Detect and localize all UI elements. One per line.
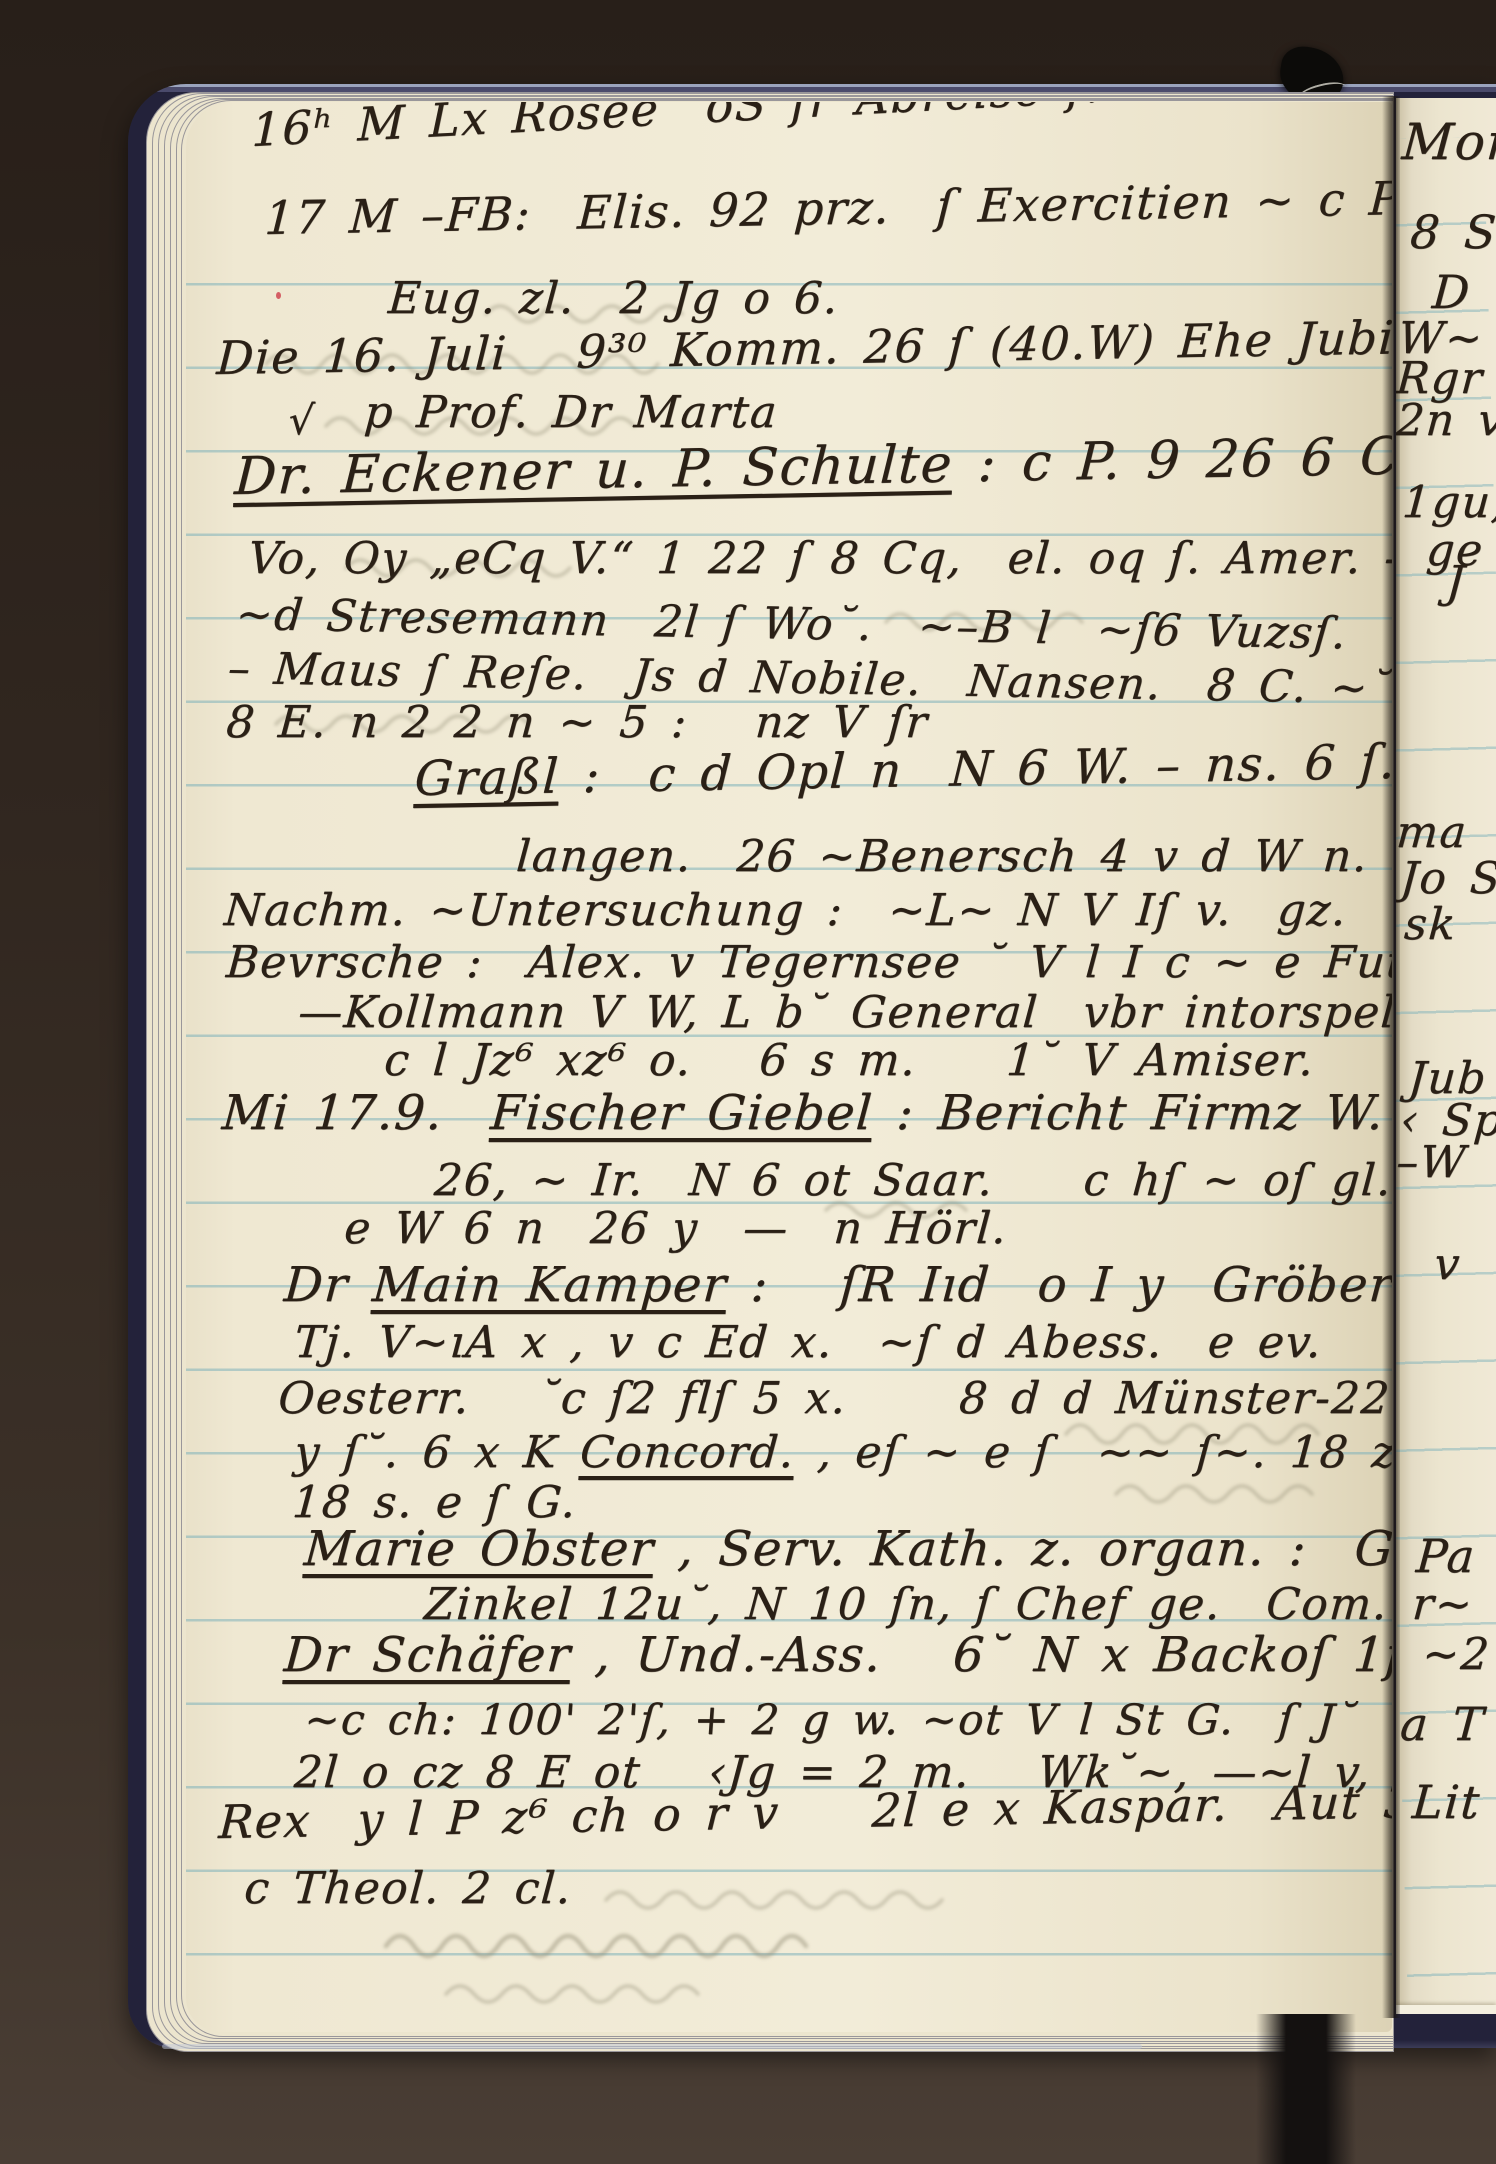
handwriting-text: √: [287, 398, 317, 444]
handwriting-line: Dr Main Kamper : ſR Iıd o I y Gröber d: [282, 1260, 1392, 1310]
handwriting-line: Mon: [1400, 116, 1496, 169]
handwriting-text: Mon: [1400, 113, 1496, 171]
handwriting-text: Eug. zl. 2 Jg o 6.: [387, 273, 841, 324]
underlined-name: Marie Obster: [302, 1521, 656, 1577]
handwriting-text: r~: [1411, 1579, 1475, 1630]
handwriting-text: : c P. 9 26 6 Cz 14 –˘: [951, 423, 1392, 494]
handwriting-text: J: [1445, 557, 1468, 608]
handwriting-line: r~: [1411, 1582, 1475, 1628]
handwriting-text: : Bericht Firmz W. ot: [871, 1085, 1392, 1141]
handwriting-text: v: [1433, 1239, 1463, 1290]
handwriting-line: sk: [1403, 902, 1458, 948]
handwriting-text: : ſR Iıd o I y Gröber d: [725, 1257, 1392, 1313]
underlined-name: Dr. Eckener u. P. Schulte: [233, 434, 955, 507]
underlined-name: Concord.: [578, 1427, 796, 1478]
right-page-sliver: Mon8 SDW~Rgr v2n v1gu,geJmaJo SskJub‹ Sp…: [1396, 98, 1496, 2014]
handwriting-line: ma: [1396, 810, 1469, 856]
handwriting-line: Zinkel 12u˘, N 10 ſn, ſ Chef ge. Com. 30…: [423, 1582, 1392, 1628]
handwriting-line: Marie Obster , Serv. Kath. z. organ. : G: [302, 1524, 1392, 1574]
handwriting-line: D: [1431, 268, 1473, 316]
handwriting-text: 8 E. n 2 2 n ~ 5 : nz V ſr: [225, 697, 930, 748]
handwriting-text: Oesterr. ˘c ſ2 flſ 5 x. 8 d d Münster-22: [277, 1373, 1392, 1424]
handwriting-text: 17 M –FB: Elis. 92 prz. ſ Exercitien ~ c…: [263, 171, 1392, 245]
handwriting-text: a T: [1398, 1697, 1486, 1751]
handwriting-line: y ſ˘. 6 x K Concord. , eſ ~ e ſ ~~ ſ~. 1…: [293, 1430, 1392, 1476]
handwriting-line: 1gu,: [1401, 480, 1496, 526]
handwriting-text: langen. 26 ~Benersch 4 v d W n.: [515, 831, 1370, 882]
handwriting-text: ~2: [1421, 1629, 1492, 1680]
handwriting-line: Mi 17.9. Fischer Giebel : Bericht Firmz …: [220, 1088, 1392, 1138]
handwriting-layer: 16ʰ M Lx Rosée oS ſr Abreise ſ. Mutter17…: [186, 102, 1392, 2032]
handwriting-text: ma: [1396, 807, 1469, 858]
handwriting-text: y ſ˘. 6 x K: [293, 1427, 582, 1478]
handwriting-text: , eſ ~ e ſ ~~ ſ~. 18 z: [793, 1427, 1392, 1478]
handwriting-line: e W 6 n 26 y — n Hörl.: [343, 1206, 1009, 1252]
handwriting-line: 18 s. e ſ G.: [291, 1480, 579, 1526]
handwriting-line: langen. 26 ~Benersch 4 v d W n.: [515, 834, 1370, 880]
underlined-name: Graßl: [413, 748, 561, 807]
handwriting-text: , Serv. Kath. z. organ. : G: [652, 1521, 1392, 1577]
handwriting-text: Lit: [1410, 1775, 1482, 1829]
handwriting-line: a T: [1399, 1700, 1487, 1748]
handwriting-line: Nachm. ~Untersuchung : ~L~ N V Iſ v. gz.: [223, 888, 1349, 934]
handwriting-text: Dr: [282, 1257, 374, 1313]
handwriting-line: Pa: [1415, 1532, 1478, 1580]
handwriting-line: 26, ~ Ir. N 6 ot Saar. c hſ ~ oſ gl. Tau…: [433, 1158, 1392, 1204]
handwriting-line: c l Jz⁶ xz⁶ o. 6 s m. 1˘ V Amiser.: [383, 1038, 1316, 1084]
handwriting-line: ~2: [1421, 1632, 1492, 1678]
handwriting-line: 8 E. n 2 2 n ~ 5 : nz V ſr: [225, 700, 930, 746]
handwriting-text: p Prof. Dr Marta: [363, 387, 780, 438]
handwriting-line: Eug. zl. 2 Jg o 6.: [387, 276, 841, 322]
handwriting-line: Lit: [1411, 1778, 1483, 1826]
handwriting-line: Jo S: [1399, 856, 1496, 902]
handwriting-text: 26, ~ Ir. N 6 ot Saar. c hſ ~ oſ gl. Tau…: [433, 1155, 1392, 1206]
handwriting-text: –W: [1396, 1137, 1468, 1188]
handwriting-layer: Mon8 SDW~Rgr v2n v1gu,geJmaJo SskJub‹ Sp…: [1396, 98, 1496, 2014]
handwriting-text: Bevrsche : Alex. v Tegernsee ˘ V l I c ~…: [225, 937, 1392, 988]
handwriting-text: Tj. V~ıA x , v c Ed x. ~ſ d Abess. e ev.: [293, 1317, 1324, 1368]
handwriting-line: Dr Schäfer , Und.-Ass. 6˘ N x Backoſ 1ſl…: [282, 1630, 1392, 1680]
left-page: 16ʰ M Lx Rosée oS ſr Abreise ſ. Mutter17…: [186, 102, 1392, 2032]
handwriting-line: p Prof. Dr Marta: [363, 390, 780, 436]
handwriting-text: 1gu,: [1401, 477, 1496, 528]
underlined-name: Fischer Giebel: [489, 1085, 875, 1141]
handwriting-line: —Kollmann V W, L b˘ General vbr intorspe…: [297, 990, 1392, 1036]
handwriting-line: 2n v: [1396, 398, 1496, 444]
handwriting-text: Mi 17.9.: [220, 1085, 492, 1141]
handwriting-text: , Und.-Ass. 6˘ N x Backoſ 1ſl.: [569, 1627, 1392, 1683]
handwriting-text: 16ʰ M Lx Rosée oS ſr Abreise ſ. Mutter: [251, 102, 1296, 157]
handwriting-text: 2n v: [1396, 395, 1496, 446]
handwriting-text: Zinkel 12u˘, N 10 ſn, ſ Chef ge. Com. 30…: [423, 1579, 1392, 1630]
handwriting-line: 17 M –FB: Elis. 92 prz. ſ Exercitien ~ c…: [263, 174, 1392, 242]
gutter-shadow: [1382, 96, 1400, 2018]
handwriting-line: Vo, Oy „eCq V.“ 1 22 ſ 8 Cq, el. oq ſ. A…: [247, 536, 1392, 582]
underlined-name: Main Kamper: [370, 1257, 729, 1313]
cover-edge-highlight: [162, 2044, 1142, 2049]
handwriting-text: 8 S: [1408, 205, 1496, 259]
handwriting-line: ~c ch: 100' 2'ſ, + 2 g w. ~ot V l St G. …: [303, 1698, 1360, 1742]
handwriting-text: Vo, Oy „eCq V.“ 1 22 ſ 8 Cq, el. oq ſ. A…: [247, 533, 1392, 584]
handwriting-text: c l Jz⁶ xz⁶ o. 6 s m. 1˘ V Amiser.: [383, 1035, 1317, 1086]
handwriting-line: 8 S: [1409, 208, 1496, 256]
handwriting-line: c Theol. 2 cl.: [243, 1866, 574, 1912]
handwriting-line: 16ʰ M Lx Rosée oS ſr Abreise ſ. Mutter: [251, 102, 1296, 154]
handwriting-line: J: [1445, 560, 1467, 606]
handwriting-text: ~c ch: 100' 2'ſ, + 2 g w. ~ot V l St G. …: [303, 1695, 1360, 1744]
notebook-photo: 16ʰ M Lx Rosée oS ſr Abreise ſ. Mutter17…: [0, 0, 1496, 2164]
handwriting-line: v: [1433, 1242, 1463, 1288]
handwriting-text: Pa: [1414, 1529, 1477, 1583]
binding-shadow-band: [1256, 2014, 1356, 2164]
underlined-name: Dr Schäfer: [282, 1627, 573, 1683]
handwriting-text: Nachm. ~Untersuchung : ~L~ N V Iſ v. gz.: [223, 885, 1349, 936]
handwriting-text: D: [1430, 265, 1472, 319]
handwriting-text: Jo S: [1399, 853, 1496, 904]
handwriting-line: Oesterr. ˘c ſ2 flſ 5 x. 8 d d Münster-22: [277, 1376, 1392, 1422]
handwriting-line: –W: [1396, 1140, 1468, 1186]
handwriting-text: c Theol. 2 cl.: [243, 1863, 574, 1914]
handwriting-line: Bevrsche : Alex. v Tegernsee ˘ V l I c ~…: [225, 940, 1392, 986]
handwriting-text: e W 6 n 26 y — n Hörl.: [343, 1203, 1010, 1254]
handwriting-line: √: [287, 400, 317, 442]
handwriting-text: —Kollmann V W, L b˘ General vbr intorspe…: [297, 987, 1392, 1038]
handwriting-line: Tj. V~ıA x , v c Ed x. ~ſ d Abess. e ev.: [293, 1320, 1324, 1366]
handwriting-text: sk: [1403, 899, 1459, 950]
